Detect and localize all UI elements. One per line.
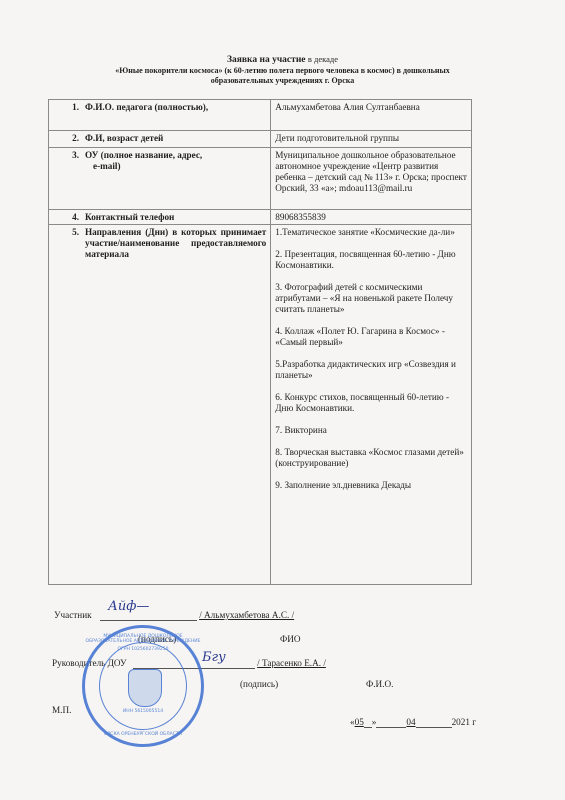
row-number: 5. (53, 227, 85, 260)
row-label-text-2: e-mail) (53, 161, 266, 172)
date-day: 05 (355, 717, 364, 727)
row-label: 1.Ф.И.О. педагога (полностью), (49, 100, 271, 131)
row-number: 2. (53, 133, 85, 144)
fio-caption: Ф.И.О. (366, 679, 393, 690)
official-stamp: МУНИЦИПАЛЬНОЕ ДОШКОЛЬНОЕ ОБРАЗОВАТЕЛЬНОЕ… (82, 625, 204, 747)
head-name: / Тарасенко Е.А. / (257, 658, 326, 668)
directions-list: 1.Тематическое занятие «Космические да-л… (271, 225, 472, 585)
teacher-name: Альмухамбетова Алия Султанбаевна (271, 100, 472, 131)
table-row: 3.ОУ (полное название, адрес, e-mail) Му… (49, 148, 472, 210)
participant-signature-line: Участник / Альмухамбетова А.С. / (54, 609, 294, 621)
participant-label: Участник (54, 610, 92, 620)
stamp-inner-ring: ОГРН 1025602739250 ИНН 5615005514 (99, 642, 187, 730)
stamp-inn: ИНН 5615005514 (100, 709, 186, 714)
document-subtitle: «Юные покорители космоса» (к 60-летию по… (60, 66, 505, 86)
table-row: 2.Ф.И, возраст детей Дети подготовительн… (49, 131, 472, 148)
table-row: 5. Направления (Дни) в которых принимает… (49, 225, 472, 585)
children-group: Дети подготовительной группы (271, 131, 472, 148)
institution-info: Муниципальное дошкольное образовательное… (271, 148, 472, 210)
head-signature-scribble: Бгу (202, 650, 226, 665)
fio-caption: ФИО (280, 634, 301, 645)
signature-caption: (подпись) (240, 679, 278, 690)
list-item: 6. Конкурс стихов, посвященный 60-летию … (275, 392, 467, 414)
title-bold: Заявка на участие (227, 55, 306, 65)
list-item: 4. Коллаж «Полет Ю. Гагарина в Космос» -… (275, 326, 467, 348)
row-label-text: Ф.И.О. педагога (полностью), (85, 102, 208, 112)
row-label-text: Ф.И, возраст детей (85, 133, 163, 143)
subtitle-line-1: «Юные покорители космоса» (к 60-летию по… (60, 66, 505, 76)
document-title: Заявка на участие в декаде (0, 54, 565, 66)
table-row: 4.Контактный телефон 89068355839 (49, 210, 472, 225)
row-label: 3.ОУ (полное название, адрес, e-mail) (49, 148, 271, 210)
row-label: 4.Контактный телефон (49, 210, 271, 225)
date-year: 2021 г (452, 717, 476, 727)
list-item: 3. Фотографий детей с космическими атриб… (275, 282, 467, 315)
list-item: 8. Творческая выставка «Космос глазами д… (275, 447, 467, 469)
list-item: 2. Презентация, посвященная 60-летию - Д… (275, 249, 467, 271)
row-number: 3. (53, 150, 85, 161)
stamp-ogrn: ОГРН 1025602739250 (100, 647, 186, 652)
list-item: 7. Викторина (275, 425, 467, 436)
row-number: 4. (53, 212, 85, 223)
row-label: 2.Ф.И, возраст детей (49, 131, 271, 148)
row-label-text: Направления (Дни) в которых принимает уч… (85, 227, 266, 260)
row-label: 5. Направления (Дни) в которых принимает… (49, 225, 271, 585)
date-line: «05 » 04 2021 г (350, 716, 476, 728)
contact-phone: 89068355839 (271, 210, 472, 225)
stamp-region-text: ОРСКА ОРЕНБУРГСКОЙ ОБЛАСТИ (85, 732, 201, 737)
participant-signature-scribble: Айф— (108, 599, 149, 614)
row-label-text: ОУ (полное название, адрес, (85, 150, 202, 160)
table-row: 1.Ф.И.О. педагога (полностью), Альмухамб… (49, 100, 472, 131)
row-label-text: Контактный телефон (85, 212, 174, 222)
emblem-icon (128, 669, 162, 707)
title-normal: в декаде (308, 54, 338, 64)
application-table: 1.Ф.И.О. педагога (полностью), Альмухамб… (48, 99, 472, 585)
seal-label: М.П. (52, 705, 71, 716)
subtitle-line-2: образовательных учреждениях г. Орска (60, 76, 505, 86)
list-item: 9. Заполнение эл.дневника Декады (275, 480, 467, 491)
list-item: 1.Тематическое занятие «Космические да-л… (275, 227, 467, 238)
row-number: 1. (53, 102, 85, 113)
date-month: 04 (406, 717, 415, 727)
list-item: 5.Разработка дидактических игр «Созвезди… (275, 359, 467, 381)
participant-name: / Альмухамбетова А.С. / (199, 610, 294, 620)
